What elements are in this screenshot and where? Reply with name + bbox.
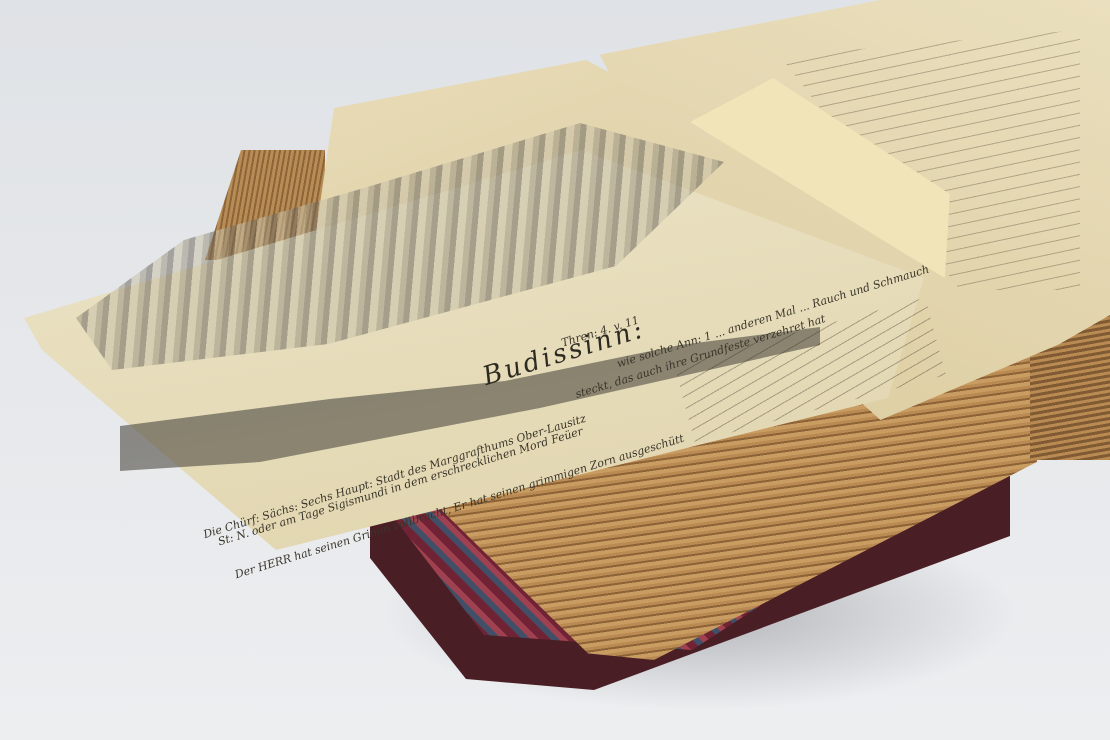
photo-scene: Budissinn: Die Chürf: Sächs: Sechs Haupt… [0,0,1110,740]
